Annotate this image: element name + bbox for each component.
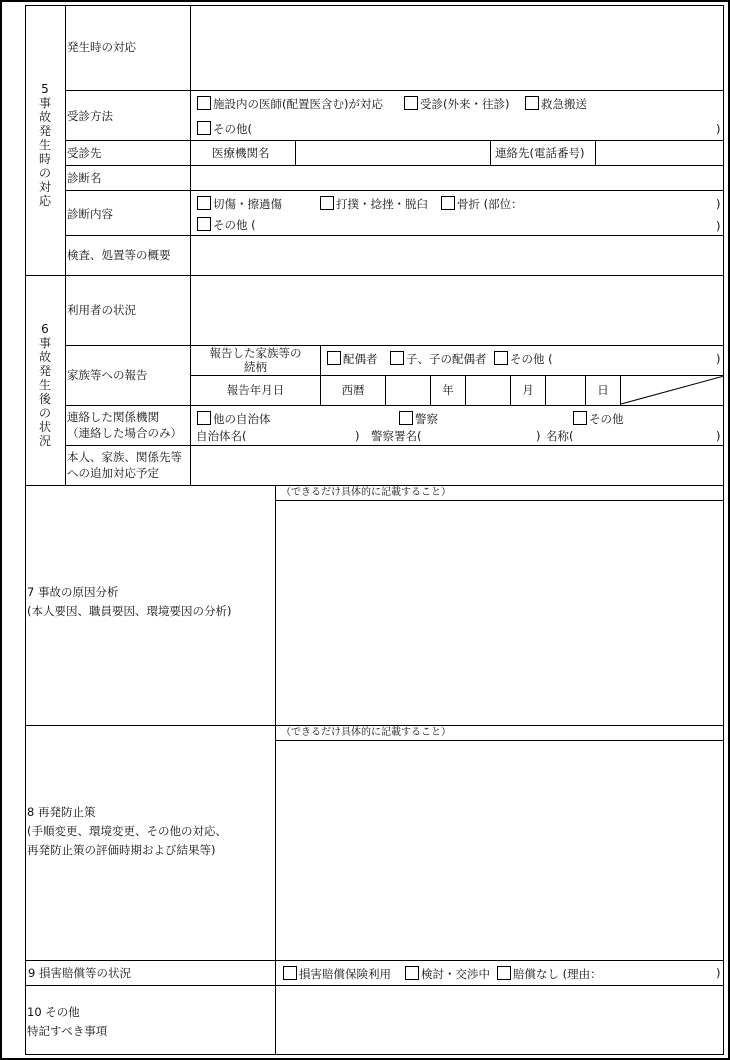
option-outpatient[interactable]: 受診(外来・往診) — [404, 96, 509, 111]
checkbox[interactable] — [497, 966, 511, 980]
checkbox[interactable] — [404, 96, 418, 110]
label-response-at-occurrence: 発生時の対応 — [67, 40, 136, 54]
paren-close: ) — [716, 966, 721, 980]
paren-close: ) — [536, 429, 541, 443]
checkbox[interactable] — [441, 196, 455, 210]
other-notes-field[interactable] — [276, 986, 723, 1054]
section6-title-text: 事故発生後の状況 — [37, 336, 53, 448]
option-diagnosis-other[interactable]: その他 ( — [197, 217, 256, 232]
option-other-municipality[interactable]: 他の自治体 — [197, 411, 271, 426]
option-emergency[interactable]: 救急搬送 — [525, 96, 587, 111]
title-char: 後 — [37, 392, 53, 406]
day-field[interactable] — [546, 376, 584, 404]
title-char: 発 — [37, 124, 53, 138]
paren-close: ) — [716, 219, 721, 233]
option-agency-other[interactable]: その他 — [573, 411, 624, 426]
label-day: 日 — [586, 383, 620, 397]
year-field[interactable] — [386, 376, 429, 404]
title-char: 故 — [37, 350, 53, 364]
label-contacted-agencies: 連絡した関係機関 （連絡した場合のみ） — [67, 409, 182, 441]
paren-close: ) — [716, 122, 721, 136]
title-char: 況 — [37, 434, 53, 448]
title-char: 事 — [37, 96, 53, 110]
checkbox[interactable] — [197, 217, 211, 231]
label-relation: 報告した家族等の 続柄 — [191, 346, 320, 374]
label-diagnosis-name: 診断名 — [67, 171, 102, 185]
option-spouse[interactable]: 配偶者 — [327, 351, 378, 366]
label-institution-name: 医療機関名 — [212, 146, 270, 160]
label-era: 西暦 — [321, 383, 385, 397]
label-prevention: 8 再発防止策 (手順変更、環境変更、その他の対応、 再発防止策の評価時期および… — [27, 803, 227, 860]
section6-title: 6 事故発生後の状況 — [37, 322, 53, 448]
title-char: 応 — [37, 194, 53, 208]
label-exam-summary: 検査、処置等の概要 — [67, 248, 171, 262]
label-family-report: 家族等への報告 — [67, 368, 148, 382]
title-char: 発 — [37, 364, 53, 378]
label-diagnosis-content: 診断内容 — [67, 207, 113, 221]
checkbox[interactable] — [320, 196, 334, 210]
option-child[interactable]: 子、子の配偶者 — [390, 351, 487, 366]
section5-title-text: 事故発生時の対応 — [37, 96, 53, 208]
label-report-date: 報告年月日 — [191, 383, 320, 397]
title-char: の — [37, 406, 53, 420]
option-fracture[interactable]: 骨折 (部位： — [441, 196, 523, 211]
title-char: 生 — [37, 378, 53, 392]
checkbox[interactable] — [525, 96, 539, 110]
title-char: の — [37, 166, 53, 180]
label-contact-phone: 連絡先(電話番号) — [495, 146, 584, 160]
label-month: 月 — [511, 383, 545, 397]
checkbox[interactable] — [399, 411, 413, 425]
label-year: 年 — [431, 383, 465, 397]
title-char: 状 — [37, 420, 53, 434]
label-other-name: 名称( — [546, 429, 574, 443]
exam-summary-field[interactable] — [191, 236, 723, 274]
label-consultation-place: 受診先 — [67, 146, 102, 160]
option-cut-abrasion[interactable]: 切傷・擦過傷 — [197, 196, 282, 211]
option-consultation-other[interactable]: その他( — [197, 121, 252, 136]
checkbox[interactable] — [197, 96, 211, 110]
hint-section8: （できるだけ具体的に記載すること） — [281, 726, 451, 740]
option-negotiating[interactable]: 検討・交渉中 — [405, 966, 490, 981]
title-char: 時 — [37, 152, 53, 166]
label-other-notes: 10 その他 特記すべき事項 — [27, 1003, 107, 1041]
title-char: 事 — [37, 336, 53, 350]
additional-plans-field[interactable] — [191, 446, 723, 484]
paren-close: ) — [355, 429, 360, 443]
response-at-occurrence-field[interactable] — [191, 6, 723, 89]
checkbox[interactable] — [390, 351, 404, 365]
label-police-station-name: 警察署名( — [371, 429, 422, 443]
label-damages: 9 損害賠償等の状況 — [28, 966, 131, 980]
checkbox[interactable] — [197, 196, 211, 210]
option-police[interactable]: 警察 — [399, 411, 438, 426]
option-bruise-sprain[interactable]: 打撲・捻挫・脱臼 — [320, 196, 428, 211]
checkbox[interactable] — [327, 351, 341, 365]
checkbox[interactable] — [283, 966, 297, 980]
label-consultation-method: 受診方法 — [67, 109, 113, 123]
option-relation-other[interactable]: その他 ( — [494, 351, 553, 366]
paren-close: ) — [716, 352, 721, 366]
section5-number: 5 — [37, 82, 53, 96]
section6-number: 6 — [37, 322, 53, 336]
option-no-compensation[interactable]: 賠償なし (理由： — [497, 966, 602, 981]
diagnosis-name-field[interactable] — [191, 166, 723, 189]
section5-title: 5 事故発生時の対応 — [37, 82, 53, 208]
option-facility-doctor[interactable]: 施設内の医師(配置医含む)が対応 — [197, 96, 383, 111]
title-char: 故 — [37, 110, 53, 124]
label-additional-plans: 本人、家族、関係先等 への追加対応予定 — [67, 449, 182, 481]
checkbox[interactable] — [405, 966, 419, 980]
prevention-field[interactable] — [276, 741, 723, 959]
label-cause-analysis: 7 事故の原因分析 (本人要因、職員要因、環境要因の分析) — [27, 583, 231, 621]
label-municipality-name: 自治体名( — [196, 429, 247, 443]
title-char: 対 — [37, 180, 53, 194]
title-char: 生 — [37, 138, 53, 152]
cause-analysis-field[interactable] — [276, 501, 723, 724]
hint-section7: （できるだけ具体的に記載すること） — [281, 486, 451, 500]
month-field[interactable] — [466, 376, 509, 404]
contact-phone-field[interactable] — [596, 141, 723, 164]
institution-name-field[interactable] — [296, 141, 489, 164]
checkbox[interactable] — [197, 411, 211, 425]
label-user-status: 利用者の状況 — [67, 303, 136, 317]
checkbox[interactable] — [197, 121, 211, 135]
paren-close: ) — [716, 429, 721, 443]
checkbox[interactable] — [573, 411, 587, 425]
paren-close: ) — [716, 197, 721, 211]
diagonal-strike — [620, 375, 724, 405]
option-insurance[interactable]: 損害賠償保険利用 — [283, 966, 391, 981]
checkbox[interactable] — [494, 351, 508, 365]
user-status-field[interactable] — [191, 276, 723, 344]
